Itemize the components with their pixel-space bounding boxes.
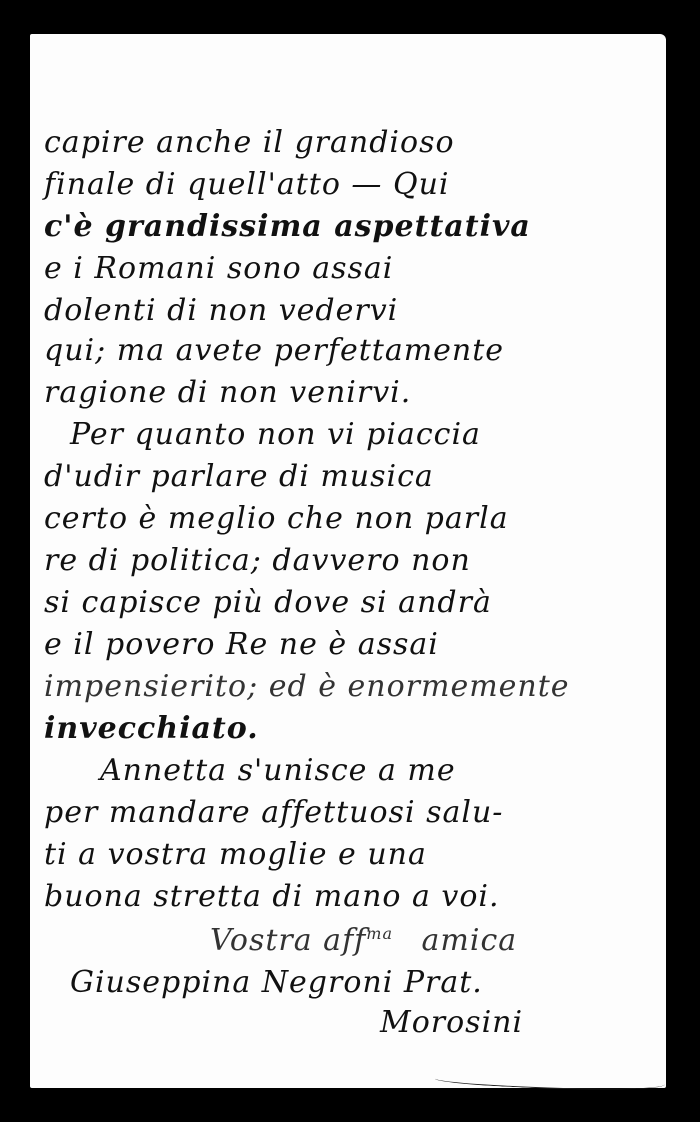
closing: Vostra affma amica — [210, 926, 517, 956]
letter-page: capire anche il grandioso finale di quel… — [30, 34, 666, 1088]
closing-text: Vostra aff — [210, 923, 366, 958]
letter-line: d'udir parlare di musica — [44, 462, 434, 492]
signature-line-2: Morosini — [380, 1008, 523, 1038]
letter-line: dolenti di non vedervi — [44, 296, 398, 326]
letter-line: invecchiato. — [44, 714, 259, 744]
letter-line: qui; ma avete perfettamente — [44, 336, 504, 366]
letter-line: finale di quell'atto — Qui — [44, 170, 449, 200]
closing-superscript: ma — [366, 924, 393, 943]
letter-line: buona stretta di mano a voi. — [44, 882, 500, 912]
signature-flourish — [435, 1068, 665, 1095]
letter-line: impensierito; ed è enormemente — [44, 672, 570, 702]
letter-line: certo è meglio che non parla — [44, 504, 509, 534]
letter-line: c'è grandissima aspettativa — [44, 212, 531, 242]
letter-line: per mandare affettuosi salu- — [44, 798, 503, 828]
letter-line: e i Romani sono assai — [44, 254, 393, 284]
signature-line-1: Giuseppina Negroni Prat. — [70, 968, 483, 998]
letter-line: ti a vostra moglie e una — [44, 840, 427, 870]
letter-line: si capisce più dove si andrà — [44, 588, 492, 618]
letter-line: ragione di non venirvi. — [44, 378, 411, 408]
letter-line: e il povero Re ne è assai — [44, 630, 439, 660]
letter-line: re di politica; davvero non — [44, 546, 471, 576]
letter-line: Per quanto non vi piaccia — [70, 420, 481, 450]
closing-after: amica — [422, 923, 518, 958]
letter-line: Annetta s'unisce a me — [100, 756, 456, 786]
letter-line: capire anche il grandioso — [44, 128, 455, 158]
